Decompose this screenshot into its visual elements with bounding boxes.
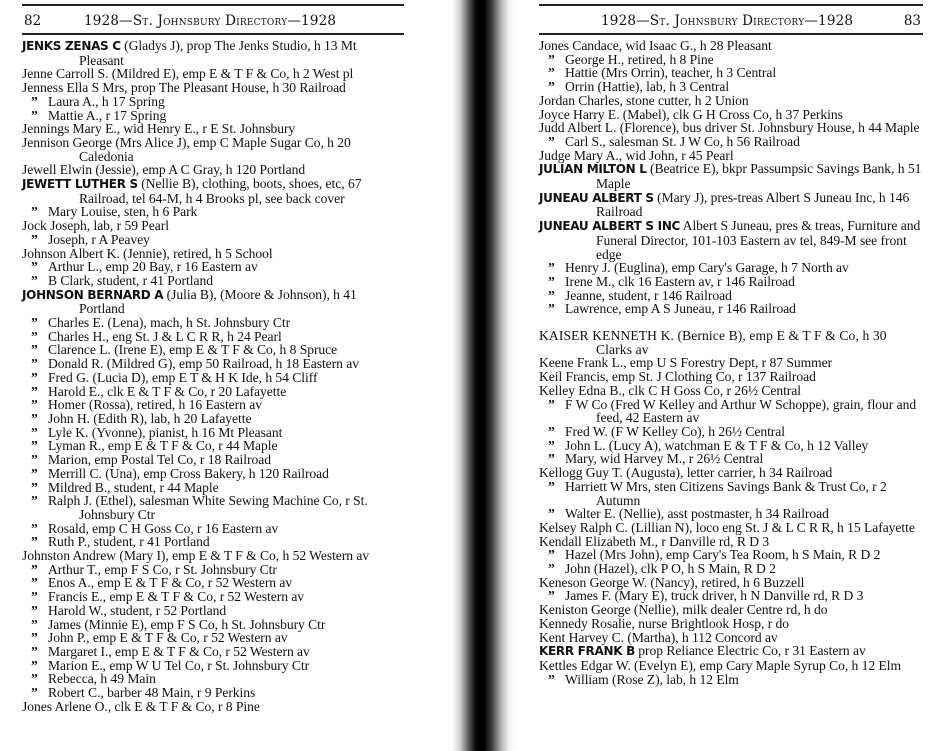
right-page: 1928—St. Johnsbury Directory—1928 83 Jon… xyxy=(539,0,923,751)
ditto-mark: ” xyxy=(31,398,48,412)
directory-entry: ”B Clark, student, r 41 Portland xyxy=(22,274,404,288)
entry-text: Harriett W Mrs, sten Citizens Savings Ba… xyxy=(565,479,887,508)
page-number: 83 xyxy=(904,12,921,30)
top-rule xyxy=(539,4,923,6)
directory-entry: JUNEAU ALBERT S (Mary J), pres-treas Alb… xyxy=(539,191,923,219)
ditto-mark: ” xyxy=(31,274,48,288)
directory-entry: Kennedy Rosalie, nurse Brightlook Hosp, … xyxy=(539,617,923,631)
directory-entries: JENKS ZENAS C (Gladys J), prop The Jenks… xyxy=(22,39,404,713)
directory-entry: ”Laura A., h 17 Spring xyxy=(22,95,404,109)
ditto-mark: ” xyxy=(31,590,48,604)
directory-entry: ”John H. (Edith R), lab, h 20 Lafayette xyxy=(22,412,404,426)
ditto-mark: ” xyxy=(31,330,48,344)
directory-entry: ”Lyman R., emp E & T F & Co, r 44 Maple xyxy=(22,439,404,453)
page-number: 82 xyxy=(24,12,41,30)
directory-entry: Kent Harvey C. (Martha), h 112 Concord a… xyxy=(539,631,923,645)
ditto-mark: ” xyxy=(31,494,48,508)
directory-entry: ”Enos A., emp E & T F & Co, r 52 Western… xyxy=(22,576,404,590)
directory-entry: Jock Joseph, lab, r 59 Pearl xyxy=(22,219,404,233)
ditto-mark: ” xyxy=(31,233,48,247)
directory-entry: ”Mary, wid Harvey M., r 26½ Central xyxy=(539,452,923,466)
entry-text: Ralph J. (Ethel), salesman White Sewing … xyxy=(48,493,368,522)
directory-entry: Kelley Edna B., clk C H Goss Co, r 26½ C… xyxy=(539,384,923,398)
ditto-mark: ” xyxy=(31,385,48,399)
entry-bold-name: JEWETT LUTHER S xyxy=(22,177,138,191)
entry-text: Jennison George (Mrs Alice J), emp C Map… xyxy=(22,135,351,164)
directory-entry: Johnston Andrew (Mary I), emp E & T F & … xyxy=(22,549,404,563)
directory-entry: Kendall Elizabeth M., r Danville rd, R D… xyxy=(539,535,923,549)
entry-text: Lawrence, emp A S Juneau, r 146 Railroad xyxy=(565,301,796,316)
ditto-mark: ” xyxy=(31,95,48,109)
directory-entry: Kellogg Guy T. (Augusta), letter carrier… xyxy=(539,466,923,480)
directory-entry: JULIAN MILTON L (Beatrice E), bkpr Passu… xyxy=(539,162,923,190)
ditto-mark: ” xyxy=(31,343,48,357)
ditto-mark: ” xyxy=(31,645,48,659)
directory-entry: Judd Albert L. (Florence), bus driver St… xyxy=(539,121,923,135)
entry-text: F W Co (Fred W Kelley and Arthur W Schop… xyxy=(565,397,916,426)
directory-entry: ”William (Rose Z), lab, h 12 Elm xyxy=(539,673,923,687)
ditto-mark: ” xyxy=(31,109,48,123)
ditto-mark: ” xyxy=(548,275,565,289)
ditto-mark: ” xyxy=(548,562,565,576)
running-title: 1928—St. Johnsbury Directory—1928 xyxy=(601,12,853,30)
directory-entries: Jones Candace, wid Isaac G., h 28 Pleasa… xyxy=(539,39,923,686)
directory-entry: ”Joseph, r A Peavey xyxy=(22,233,404,247)
directory-entry: ”Margaret I., emp E & T F & Co, r 52 Wes… xyxy=(22,645,404,659)
directory-entry: ”Marion, emp Postal Tel Co, r 18 Railroa… xyxy=(22,453,404,467)
ditto-mark: ” xyxy=(548,53,565,67)
directory-entry: Keil Francis, emp St. J Clothing Co, r 1… xyxy=(539,370,923,384)
ditto-mark: ” xyxy=(31,453,48,467)
ditto-mark: ” xyxy=(548,673,565,687)
directory-entry: ”John (Hazel), clk P O, h S Main, R D 2 xyxy=(539,562,923,576)
directory-entry: ”Mattie A., r 17 Spring xyxy=(22,109,404,123)
ditto-mark: ” xyxy=(31,205,48,219)
directory-entry: ”Mildred B., student, r 44 Maple xyxy=(22,481,404,495)
directory-entry: ”F W Co (Fred W Kelley and Arthur W Scho… xyxy=(539,398,923,425)
directory-entry: Johnson Albert K. (Jennie), retired, h 5… xyxy=(22,247,404,261)
ditto-mark: ” xyxy=(31,357,48,371)
ditto-mark: ” xyxy=(31,412,48,426)
directory-entry: Keene Frank L., emp U S Forestry Dept, r… xyxy=(539,356,923,370)
directory-entry: Jenne Carroll S. (Mildred E), emp E & T … xyxy=(22,67,404,81)
directory-entry: ”Fred W. (F W Kelley Co), h 26½ Central xyxy=(539,425,923,439)
directory-entry: Keneson George W. (Nancy), retired, h 6 … xyxy=(539,576,923,590)
directory-entry: Jennison George (Mrs Alice J), emp C Map… xyxy=(22,136,404,163)
directory-entry: Jones Candace, wid Isaac G., h 28 Pleasa… xyxy=(539,39,923,53)
directory-entry: ”Irene M., clk 16 Eastern av, r 146 Rail… xyxy=(539,275,923,289)
directory-entry: ”Harold E., clk E & T F & Co, r 20 Lafay… xyxy=(22,385,404,399)
ditto-mark: ” xyxy=(31,439,48,453)
entry-bold-name: JULIAN MILTON L xyxy=(539,162,647,176)
directory-entry: ”Robert C., barber 48 Main, r 9 Perkins xyxy=(22,686,404,700)
entry-bold-name: JUNEAU ALBERT S INC xyxy=(539,219,680,233)
directory-entry: ”Ralph J. (Ethel), salesman White Sewing… xyxy=(22,494,404,521)
directory-entry: Jennings Mary E., wid Henry E., r E St. … xyxy=(22,122,404,136)
directory-entry: ”Hattie (Mrs Orrin), teacher, h 3 Centra… xyxy=(539,66,923,80)
ditto-mark: ” xyxy=(548,261,565,275)
ditto-mark: ” xyxy=(548,398,565,412)
ditto-mark: ” xyxy=(31,522,48,536)
directory-entry: Joyce Harry E. (Mabel), clk G H Cross Co… xyxy=(539,108,923,122)
directory-entry: ”Francis E., emp E & T F & Co, r 52 West… xyxy=(22,590,404,604)
ditto-mark: ” xyxy=(31,576,48,590)
directory-entry: ”Charles H., eng St. J & L C R R, h 24 P… xyxy=(22,330,404,344)
ditto-mark: ” xyxy=(31,618,48,632)
book-gutter-shadow xyxy=(452,0,522,751)
directory-entry: ”Carl S., salesman St. J W Co, h 56 Rail… xyxy=(539,135,923,149)
directory-entry: ”Donald R. (Mildred G), emp 50 Railroad,… xyxy=(22,357,404,371)
ditto-mark: ” xyxy=(548,439,565,453)
directory-entry: ”Arthur L., emp 20 Bay, r 16 Eastern av xyxy=(22,260,404,274)
ditto-mark: ” xyxy=(548,480,565,494)
directory-entry: ”Ruth P., student, r 41 Portland xyxy=(22,535,404,549)
entry-bold-name: JUNEAU ALBERT S xyxy=(539,191,654,205)
directory-entry: Judge Mary A., wid John, r 45 Pearl xyxy=(539,149,923,163)
ditto-mark: ” xyxy=(31,659,48,673)
ditto-mark: ” xyxy=(548,289,565,303)
ditto-mark: ” xyxy=(31,535,48,549)
directory-entry: Jones Arlene O., clk E & T F & Co, r 8 P… xyxy=(22,700,404,714)
ditto-mark: ” xyxy=(31,481,48,495)
directory-entry: ”Lyle K. (Yvonne), pianist, h 16 Mt Plea… xyxy=(22,426,404,440)
ditto-mark: ” xyxy=(548,135,565,149)
ditto-mark: ” xyxy=(31,686,48,700)
directory-entry: ”Rosald, emp C H Goss Co, r 16 Eastern a… xyxy=(22,522,404,536)
header-rule xyxy=(539,33,923,35)
ditto-mark: ” xyxy=(548,302,565,316)
directory-entry: ”Harold W., student, r 52 Portland xyxy=(22,604,404,618)
page-header: 1928—St. Johnsbury Directory—1928 83 xyxy=(539,12,923,30)
entry-text: Jones Arlene O., clk E & T F & Co, r 8 P… xyxy=(22,699,260,714)
ditto-mark: ” xyxy=(548,507,565,521)
directory-entry: ”Marion E., emp W U Tel Co, r St. Johnsb… xyxy=(22,659,404,673)
ditto-mark: ” xyxy=(31,426,48,440)
directory-entry: ”Homer (Rossa), retired, h 16 Eastern av xyxy=(22,398,404,412)
directory-entry: ”Hazel (Mrs John), emp Cary's Tea Room, … xyxy=(539,548,923,562)
directory-entry: JUNEAU ALBERT S INC Albert S Juneau, pre… xyxy=(539,219,923,261)
ditto-mark: ” xyxy=(31,260,48,274)
directory-entry: JOHNSON BERNARD A (Julia B), (Moore & Jo… xyxy=(22,288,404,316)
ditto-mark: ” xyxy=(31,467,48,481)
directory-entry: ”Fred G. (Lucia D), emp E T & H K Ide, h… xyxy=(22,371,404,385)
directory-entry: KAISER KENNETH K. (Bernice B), emp E & T… xyxy=(539,329,923,356)
entry-bold-name: JENKS ZENAS C xyxy=(22,39,121,53)
ditto-mark: ” xyxy=(548,548,565,562)
directory-entry: JENKS ZENAS C (Gladys J), prop The Jenks… xyxy=(22,39,404,67)
ditto-mark: ” xyxy=(548,452,565,466)
entry-text: William (Rose Z), lab, h 12 Elm xyxy=(565,672,739,687)
directory-entry: ”James F. (Mary E), truck driver, h N Da… xyxy=(539,589,923,603)
ditto-mark: ” xyxy=(548,66,565,80)
directory-entry: ”Orrin (Hattie), lab, h 3 Central xyxy=(539,80,923,94)
ditto-mark: ” xyxy=(31,631,48,645)
ditto-mark: ” xyxy=(31,672,48,686)
directory-entry: JEWETT LUTHER S (Nellie B), clothing, bo… xyxy=(22,177,404,205)
ditto-mark: ” xyxy=(548,589,565,603)
entry-bold-name: JOHNSON BERNARD A xyxy=(22,288,163,302)
directory-entry: Jenness Ella S Mrs, prop The Pleasant Ho… xyxy=(22,81,404,95)
entry-text: KAISER KENNETH K. (Bernice B), emp E & T… xyxy=(539,328,887,357)
directory-entry: ”Harriett W Mrs, sten Citizens Savings B… xyxy=(539,480,923,507)
directory-entry: Kelsey Ralph C. (Lillian N), loco eng St… xyxy=(539,521,923,535)
ditto-mark: ” xyxy=(548,80,565,94)
directory-entry: Kettles Edgar W. (Evelyn E), emp Cary Ma… xyxy=(539,659,923,673)
ditto-mark: ” xyxy=(31,604,48,618)
entry-bold-name: KERR FRANK B xyxy=(539,644,635,658)
directory-entry: ”George H., retired, h 8 Pine xyxy=(539,53,923,67)
directory-entry: ”Lawrence, emp A S Juneau, r 146 Railroa… xyxy=(539,302,923,316)
entry-text: (Gladys J), prop The Jenks Studio, h 13 … xyxy=(79,38,357,68)
directory-entry: ”James (Minnie E), emp F S Co, h St. Joh… xyxy=(22,618,404,632)
directory-entry: KERR FRANK B prop Reliance Electric Co, … xyxy=(539,644,923,659)
page-header: 82 1928—St. Johnsbury Directory—1928 xyxy=(22,12,404,30)
directory-entry: ”Clarence L. (Irene E), emp E & T F & Co… xyxy=(22,343,404,357)
entry-text: prop Reliance Electric Co, r 31 Eastern … xyxy=(635,643,866,658)
directory-entry: Keniston George (Nellie), milk dealer Ce… xyxy=(539,603,923,617)
top-rule xyxy=(22,4,404,6)
directory-entry: ”Arthur T., emp F S Co, r St. Johnsbury … xyxy=(22,563,404,577)
directory-entry: ”Jeanne, student, r 146 Railroad xyxy=(539,289,923,303)
header-rule xyxy=(22,33,404,35)
directory-entry: ”Henry J. (Euglina), emp Cary's Garage, … xyxy=(539,261,923,275)
directory-entry: Jewell Elwin (Jessie), emp A C Gray, h 1… xyxy=(22,163,404,177)
directory-entry: ”John L. (Lucy A), watchman E & T F & Co… xyxy=(539,439,923,453)
running-title: 1928—St. Johnsbury Directory—1928 xyxy=(84,12,336,30)
directory-entry: ”Walter E. (Nellie), asst postmaster, h … xyxy=(539,507,923,521)
directory-entry: Jordan Charles, stone cutter, h 2 Union xyxy=(539,94,923,108)
ditto-mark: ” xyxy=(31,563,48,577)
ditto-mark: ” xyxy=(31,316,48,330)
directory-entry: ”Mary Louise, sten, h 6 Park xyxy=(22,205,404,219)
directory-entry: ”John P., emp E & T F & Co, r 52 Western… xyxy=(22,631,404,645)
ditto-mark: ” xyxy=(31,371,48,385)
left-page: 82 1928—St. Johnsbury Directory—1928 JEN… xyxy=(22,0,404,751)
ditto-mark: ” xyxy=(548,425,565,439)
directory-entry: ”Rebecca, h 49 Main xyxy=(22,672,404,686)
directory-entry: ”Merrill C. (Una), emp Cross Bakery, h 1… xyxy=(22,467,404,481)
directory-entry: ”Charles E. (Lena), mach, h St. Johnsbur… xyxy=(22,316,404,330)
